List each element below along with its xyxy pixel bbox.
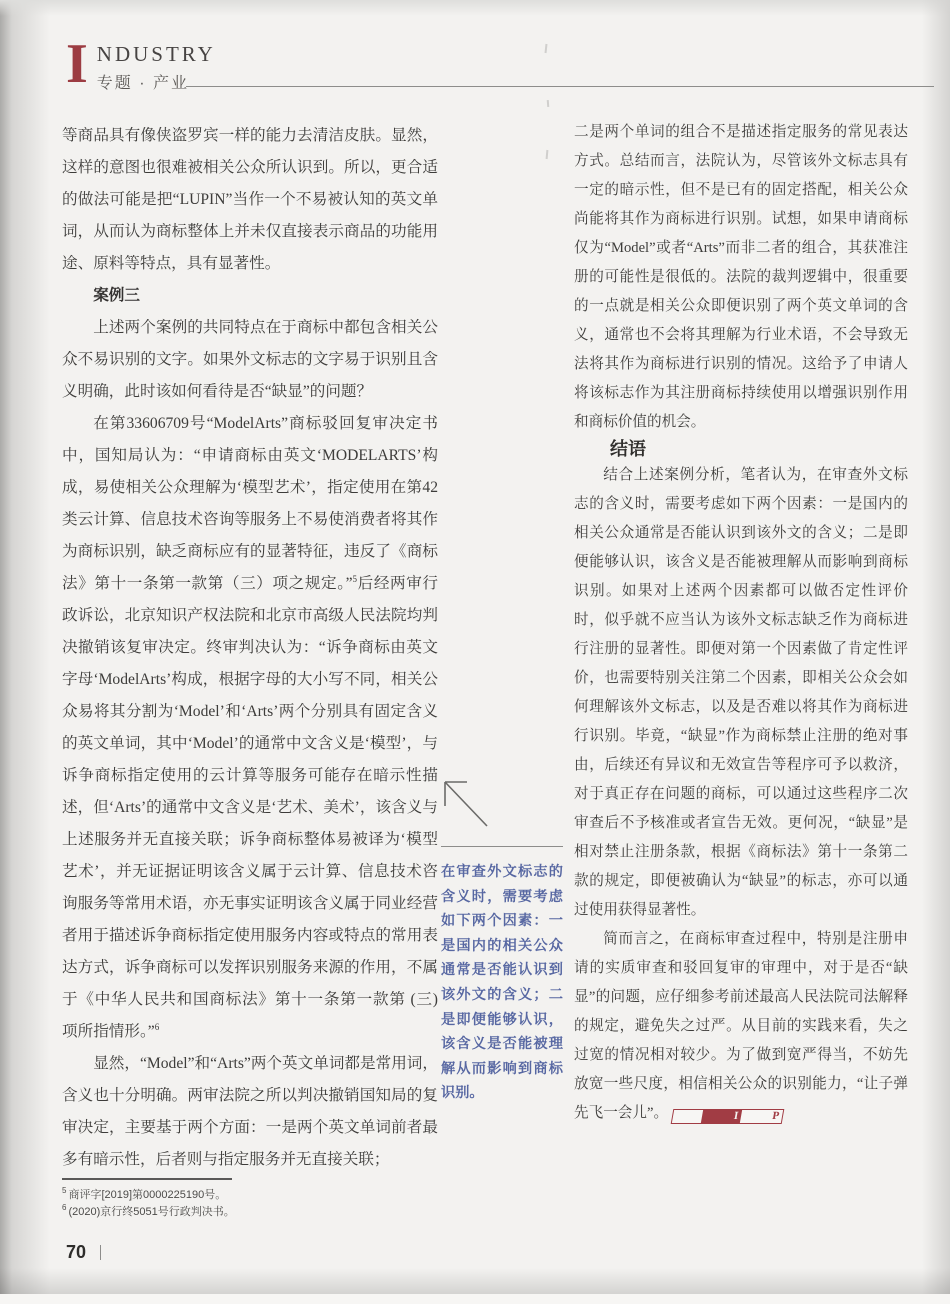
magazine-page: I NDUSTRY 专题 · 产业 等商品具有像侠盗罗宾一样的能力去清洁皮肤。显…	[0, 0, 950, 1304]
footnote-6-text: (2020)京行终5051号行政判决书。	[68, 1206, 234, 1218]
industry-dropcap: I	[66, 38, 88, 90]
paragraph: 结合上述案例分析，笔者认为，在审查外文标志的含义时，需要考虑如下两个因素：一是国…	[574, 461, 908, 925]
footnote-6: 6(2020)京行终5051号行政判决书。	[62, 1204, 492, 1221]
pull-quote-rule	[441, 846, 563, 847]
paragraph-text: 简而言之，在商标审查过程中，特别是注册申请的实质审查和驳回复审的审理中，对于是否…	[574, 931, 908, 1121]
page-number: 70	[66, 1242, 101, 1263]
conclusion-heading: 结语	[574, 437, 908, 461]
pull-quote-text: 在审查外文标志的含义时，需要考虑如下两个因素：一是国内的相关公众通常是否能认识到…	[441, 860, 563, 1106]
paragraph: 在第33606709号“ModelArts”商标驳回复审决定书中，国知局认为：“…	[62, 408, 438, 1048]
paragraph: 上述两个案例的共同特点在于商标中都包含相关公众不易识别的文字。如果外文标志的文字…	[62, 312, 438, 408]
footnote-ref-6: 6	[155, 1022, 160, 1032]
scan-artifact	[546, 150, 549, 159]
scan-edge-bottom	[0, 1268, 950, 1294]
ip-stamp-logo: IP	[671, 1109, 784, 1124]
paragraph-text: 在第33606709号“ModelArts”商标驳回复审决定书中，国知局认为：“…	[62, 415, 438, 592]
scan-artifact	[545, 44, 548, 53]
section-subtitle: 专题 · 产业	[97, 70, 216, 93]
footnote-5-text: 商评字[2019]第0000225190号。	[68, 1189, 226, 1201]
paragraph: 等商品具有像侠盗罗宾一样的能力去清洁皮肤。显然，这样的意图也很难被相关公众所认识…	[62, 120, 438, 280]
paragraph: 二是两个单词的组合不是描述指定服务的常见表达方式。总结而言，法院认为，尽管该外文…	[574, 118, 908, 437]
left-column: 等商品具有像侠盗罗宾一样的能力去清洁皮肤。显然，这样的意图也很难被相关公众所认识…	[62, 120, 438, 1176]
page-number-value: 70	[66, 1242, 86, 1263]
paragraph-text: 后经两审行政诉讼，北京知识产权法院和北京市高级人民法院均判决撤销该复审决定。终审…	[62, 575, 438, 1040]
diagonal-arrow-icon	[443, 780, 493, 832]
scan-edge-right	[922, 0, 950, 1304]
ip-logo-i: I	[701, 1110, 742, 1123]
masthead: I NDUSTRY 专题 · 产业	[66, 38, 216, 93]
ip-logo-p: P	[740, 1110, 783, 1123]
scan-edge-bottom-strip	[0, 1294, 950, 1304]
pull-quote: 在审查外文标志的含义时，需要考虑如下两个因素：一是国内的相关公众通常是否能认识到…	[441, 780, 563, 1106]
scan-edge-top	[0, 0, 950, 16]
paragraph: 简而言之，在商标审查过程中，特别是注册申请的实质审查和驳回复审的审理中，对于是否…	[574, 925, 908, 1128]
scan-artifact	[547, 100, 549, 107]
footnote-rule	[62, 1178, 232, 1180]
right-column: 二是两个单词的组合不是描述指定服务的常见表达方式。总结而言，法院认为，尽管该外文…	[574, 118, 908, 1128]
page-number-divider	[100, 1245, 101, 1260]
case3-heading: 案例三	[62, 280, 438, 312]
section-title: NDUSTRY	[97, 42, 216, 67]
footnote-5-marker: 5	[62, 1186, 66, 1195]
masthead-text: NDUSTRY 专题 · 产业	[97, 38, 216, 93]
header-rule	[186, 86, 934, 87]
footnote-5: 5商评字[2019]第0000225190号。	[62, 1187, 492, 1204]
paragraph: 显然，“Model”和“Arts”两个英文单词都是常用词，含义也十分明确。两审法…	[62, 1048, 438, 1176]
footnotes: 5商评字[2019]第0000225190号。 6(2020)京行终5051号行…	[62, 1178, 492, 1220]
footnote-6-marker: 6	[62, 1203, 66, 1212]
scan-edge-left	[0, 0, 50, 1304]
